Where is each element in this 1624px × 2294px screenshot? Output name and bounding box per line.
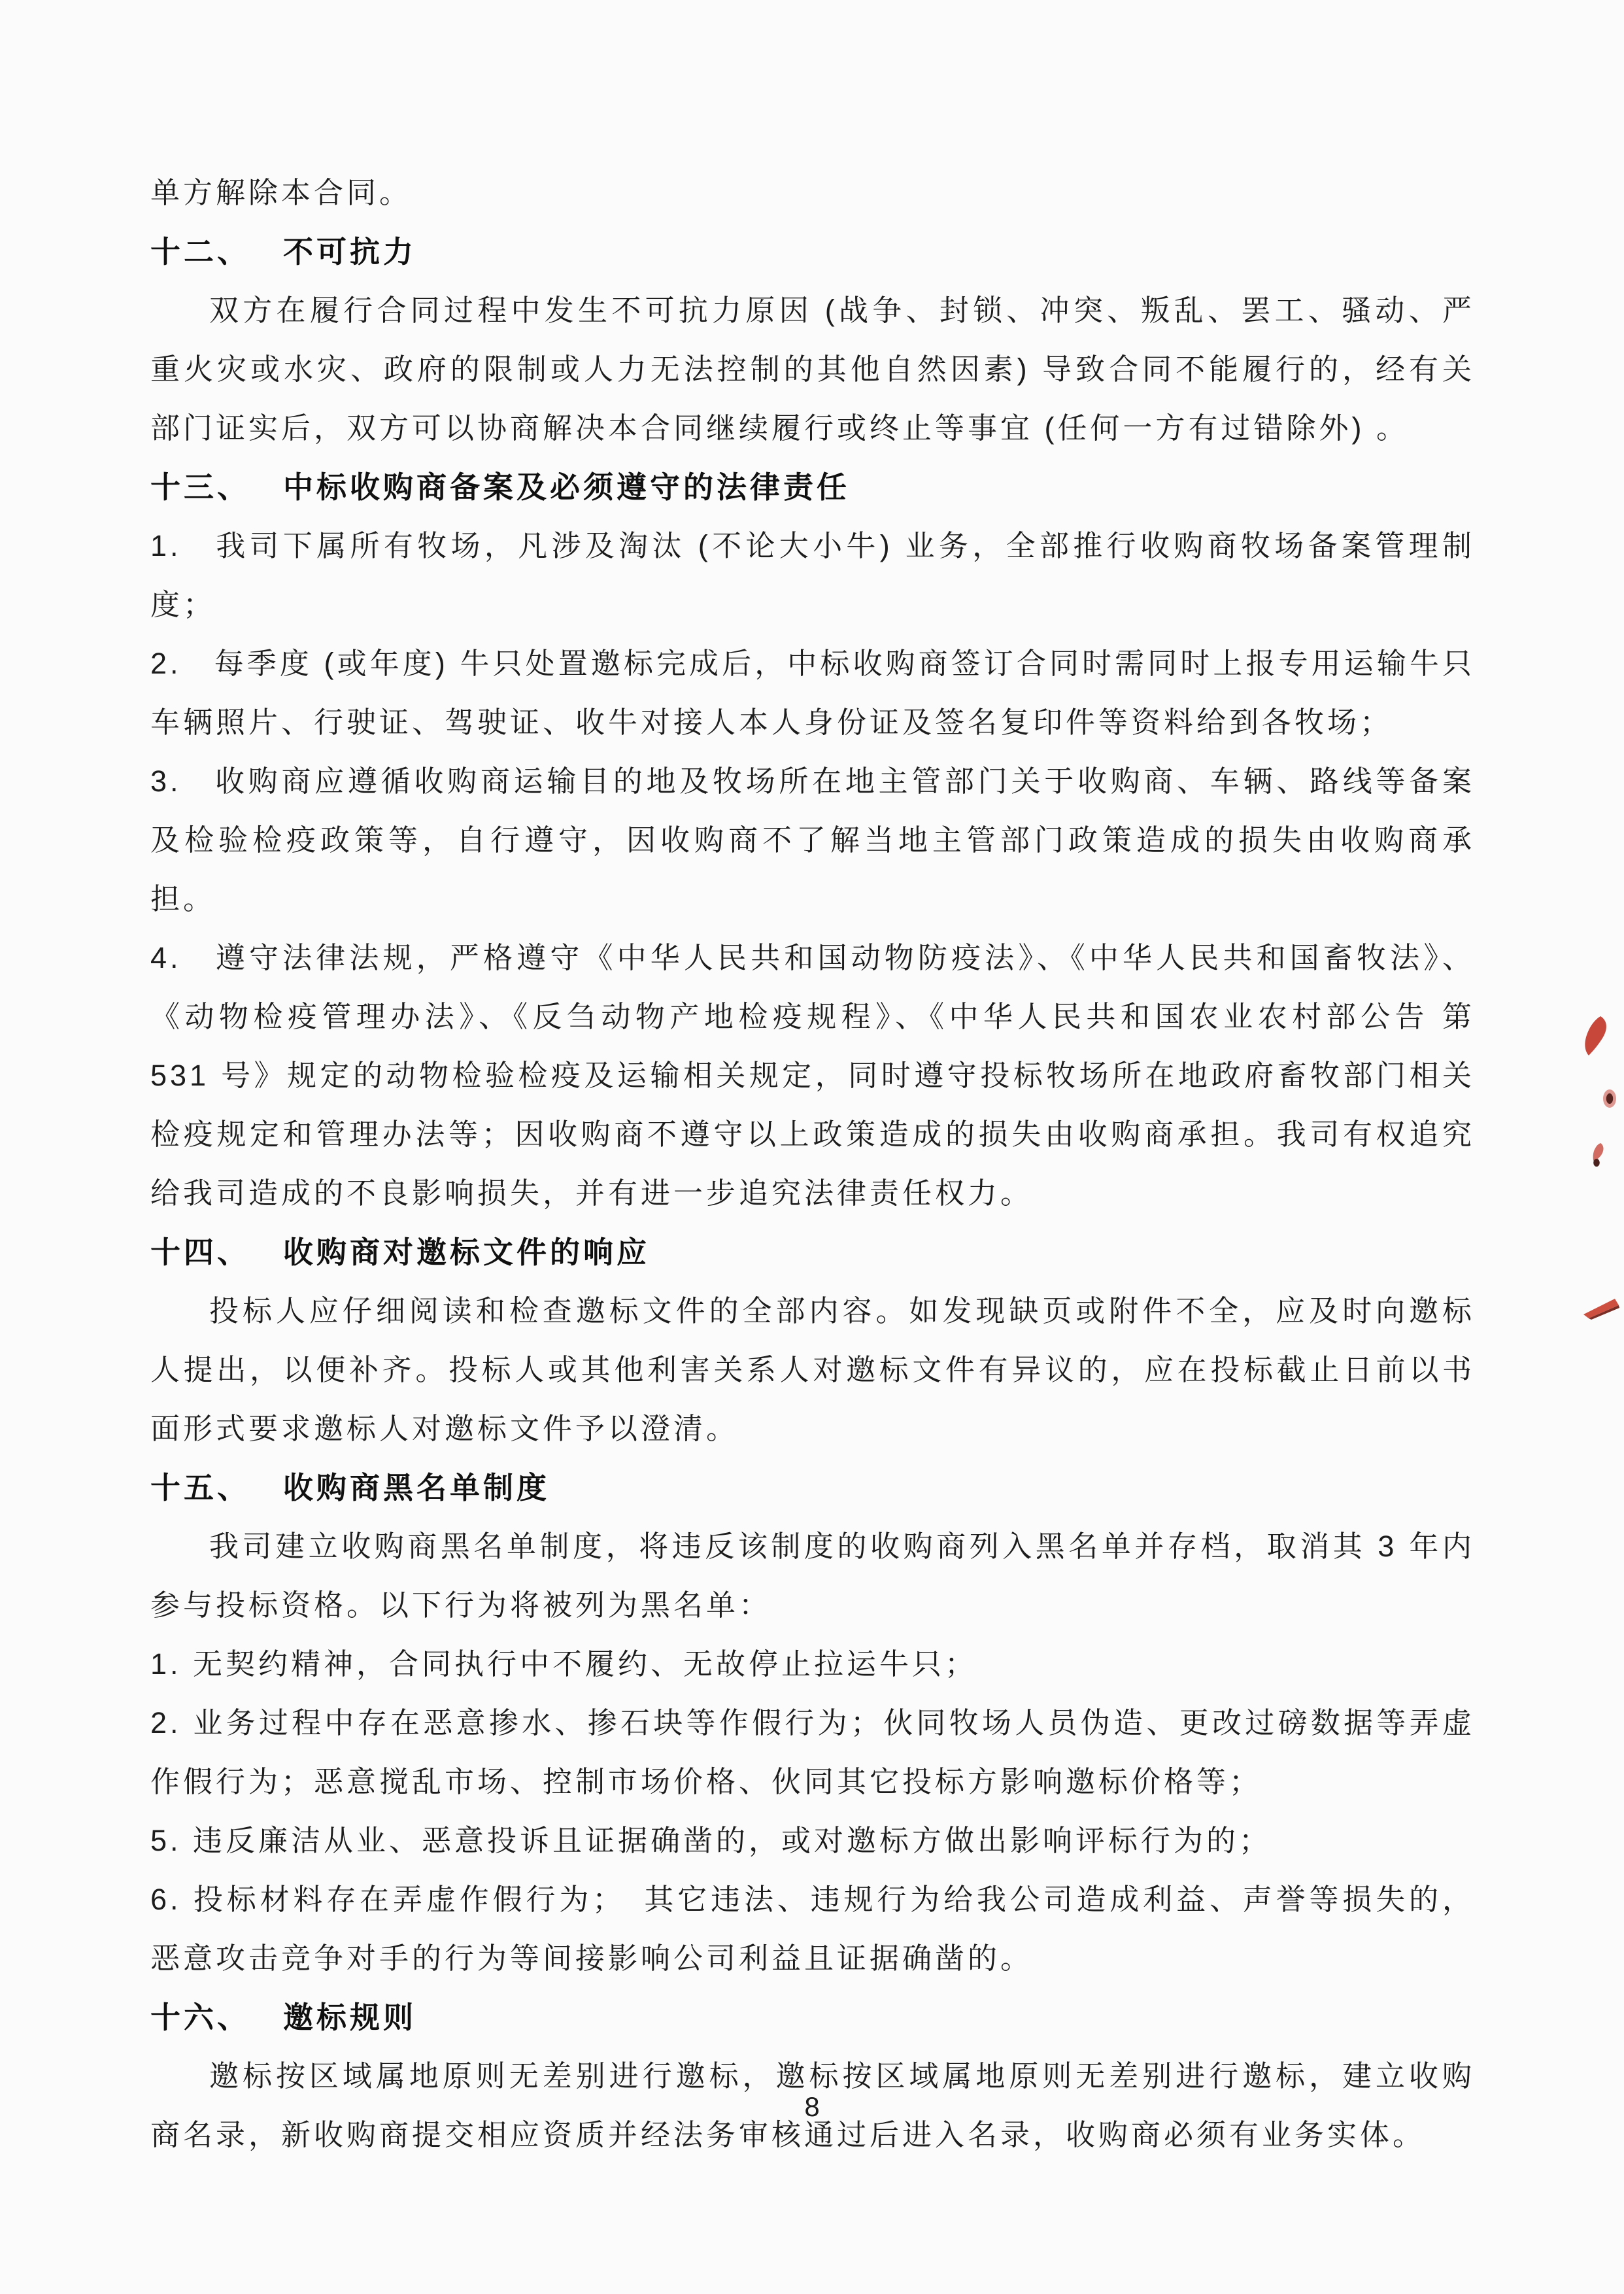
section-13-item-2: 2. 每季度 (或年度) 牛只处置邀标完成后，中标收购商签订合同时需同时上报专用…: [150, 634, 1475, 752]
section-13-item-4: 4. 遵守法律法规，严格遵守《中华人民共和国动物防疫法》、《中华人民共和国畜牧法…: [150, 929, 1475, 1223]
section-14-heading: 十四、 收购商对邀标文件的响应: [150, 1223, 1475, 1282]
section-13-title: 中标收购商备案及必须遵守的法律责任: [283, 458, 850, 517]
section-13-number: 十三、: [150, 458, 250, 517]
section-14-paragraph: 投标人应仔细阅读和检查邀标文件的全部内容。如发现缺页或附件不全，应及时向邀标人提…: [150, 1282, 1475, 1458]
document-content: 单方解除本合同。 十二、 不可抗力 双方在履行合同过程中发生不可抗力原因 (战争…: [150, 163, 1475, 2165]
section-15-number: 十五、: [150, 1458, 250, 1517]
section-13-item-3: 3. 收购商应遵循收购商运输目的地及牧场所在地主管部门关于收购商、车辆、路线等备…: [150, 752, 1475, 929]
section-12-paragraph: 双方在履行合同过程中发生不可抗力原因 (战争、封锁、冲突、叛乱、罢工、骚动、严重…: [150, 281, 1475, 458]
document-page: 单方解除本合同。 十二、 不可抗力 双方在履行合同过程中发生不可抗力原因 (战争…: [0, 0, 1624, 2294]
red-ink-tick-mark-icon: [1589, 1142, 1607, 1168]
section-14-number: 十四、: [150, 1223, 250, 1282]
section-16-title: 邀标规则: [283, 1988, 416, 2047]
section-13-heading: 十三、 中标收购商备案及必须遵守的法律责任: [150, 458, 1475, 517]
section-12-heading: 十二、 不可抗力: [150, 222, 1475, 281]
section-14-title: 收购商对邀标文件的响应: [283, 1223, 650, 1282]
section-13-item-1: 1. 我司下属所有牧场，凡涉及淘汰 (不论大小牛) 业务，全部推行收购商牧场备案…: [150, 517, 1475, 634]
section-15-item-5: 5. 违反廉洁从业、恶意投诉且证据确凿的，或对邀标方做出影响评标行为的；: [150, 1811, 1475, 1870]
section-15-title: 收购商黑名单制度: [283, 1458, 550, 1517]
red-ink-comma-mark-icon: [1577, 1015, 1611, 1057]
section-15-paragraph: 我司建立收购商黑名单制度，将违反该制度的收购商列入黑名单并存档，取消其 3 年内…: [150, 1517, 1475, 1635]
section-15-item-1: 1. 无契约精神，合同执行中不履约、无故停止拉运牛只；: [150, 1635, 1475, 1694]
red-ink-speck-icon: [1602, 1088, 1617, 1109]
section-15-heading: 十五、 收购商黑名单制度: [150, 1458, 1475, 1517]
section-15-item-6: 6. 投标材料存在弄虚作假行为； 其它违法、违规行为给我公司造成利益、声誉等损失…: [150, 1870, 1475, 1988]
section-12-title: 不可抗力: [283, 222, 416, 281]
red-ink-dash-mark-icon: [1581, 1295, 1621, 1321]
section-16-number: 十六、: [150, 1988, 250, 2047]
section-12-number: 十二、: [150, 222, 250, 281]
page-number: 8: [0, 2091, 1624, 2123]
intro-line: 单方解除本合同。: [150, 163, 1475, 222]
section-16-heading: 十六、 邀标规则: [150, 1988, 1475, 2047]
section-15-item-2: 2. 业务过程中存在恶意掺水、掺石块等作假行为；伙同牧场人员伪造、更改过磅数据等…: [150, 1694, 1475, 1811]
